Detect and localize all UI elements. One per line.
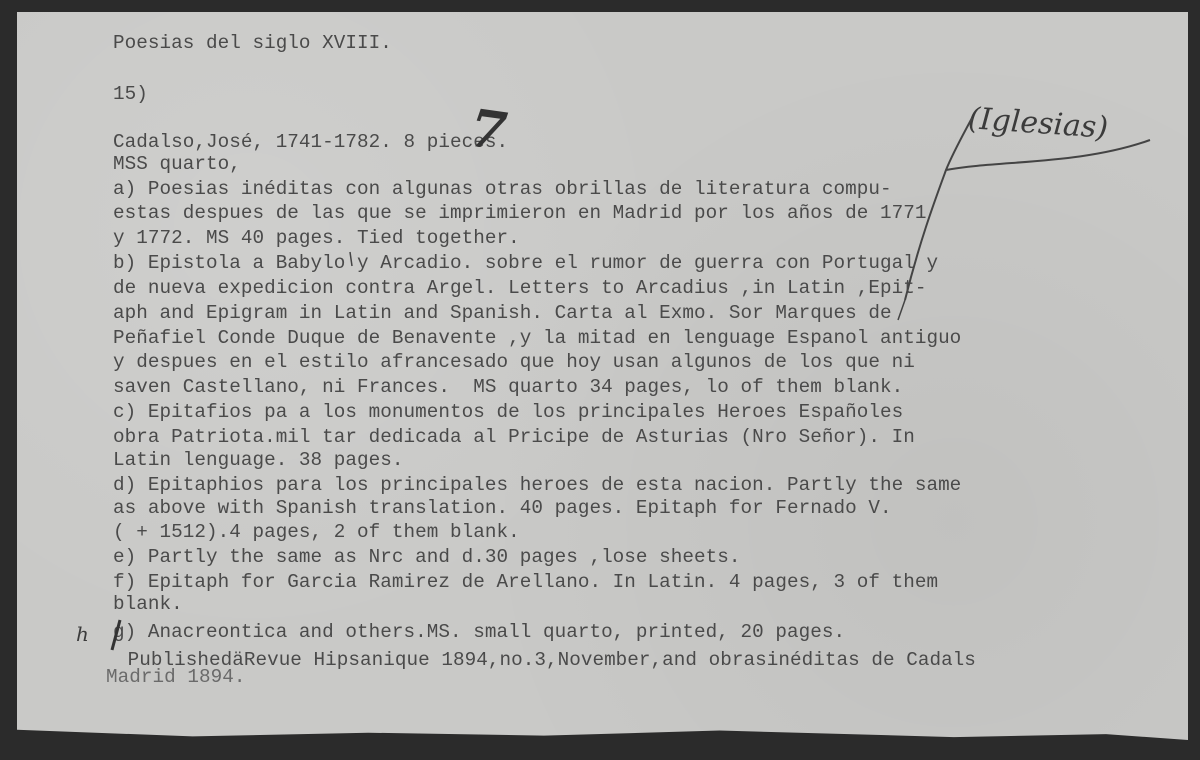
document-line: MSS quarto, xyxy=(113,155,241,174)
document-line: estas despues de las que se imprimieron … xyxy=(113,204,926,223)
document-line: obra Patriota.mil tar dedicada al Pricip… xyxy=(113,428,915,447)
document-line: as above with Spanish translation. 40 pa… xyxy=(113,499,892,518)
document-line: blank. xyxy=(113,595,183,614)
document-line: ( + 1512).4 pages, 2 of them blank. xyxy=(113,523,520,542)
document-line: c) Epitafios pa a los monumentos de los … xyxy=(113,403,903,422)
document-heading: Poesias del siglo XVIII. xyxy=(113,34,392,53)
document-line: f) Epitaph for Garcia Ramirez de Arellan… xyxy=(113,573,938,592)
document-line: de nueva expedicion contra Argel. Letter… xyxy=(113,279,926,298)
document-line: a) Poesias inéditas con algunas otras ob… xyxy=(113,180,892,199)
document-line: g) Anacreontica and others.MS. small qua… xyxy=(113,623,845,642)
document-line: b) Epistola a Babylo y Arcadio. sobre el… xyxy=(113,254,938,273)
document-line: e) Partly the same as Nrc and d.30 pages… xyxy=(113,548,741,567)
document-line: Cadalso,José, 1741-1782. 8 pieces. xyxy=(113,133,508,152)
document-line: Peñafiel Conde Duque de Benavente ,y la … xyxy=(113,329,961,348)
document-line: Latin lenguage. 38 pages. xyxy=(113,451,404,470)
document-line: Madrid 1894. xyxy=(106,668,245,687)
document-line: y despues en el estilo afrancesado que h… xyxy=(113,353,915,372)
item-number: 15) xyxy=(113,85,148,104)
document-line: aph and Epigram in Latin and Spanish. Ca… xyxy=(113,304,892,323)
document-line: saven Castellano, ni Frances. MS quarto … xyxy=(113,378,903,397)
document-line: y 1772. MS 40 pages. Tied together. xyxy=(113,229,520,248)
handwritten-margin-mark: h xyxy=(76,622,89,646)
document-line: d) Epitaphios para los principales heroe… xyxy=(113,476,961,495)
